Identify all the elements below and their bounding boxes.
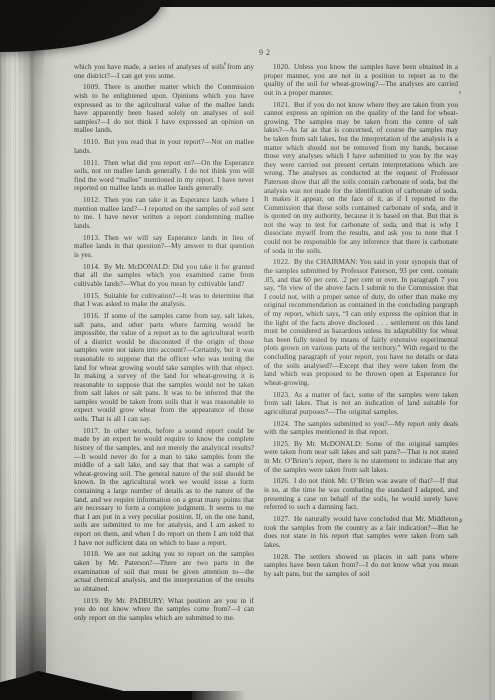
- transcript-paragraph: 1016. If some of the samples came from s…: [74, 312, 254, 424]
- transcript-paragraph: 1009. There is another matter which the …: [74, 83, 254, 135]
- question-number: 1017.: [83, 427, 104, 435]
- transcript-paragraph: 1012. Then you can take it as Esperance …: [74, 196, 254, 230]
- transcript-paragraph: 1023. As a matter of fact, some of the s…: [264, 391, 458, 417]
- question-number: 1016.: [83, 312, 104, 320]
- transcript-paragraph: 1013. Then we will say Esperance lands i…: [74, 234, 254, 260]
- scanned-book-page: 92 which you have made, a series of anal…: [0, 0, 495, 700]
- book-corner-shadow-top: [0, 0, 162, 52]
- page-body: which you have made, a series of analyse…: [74, 63, 458, 625]
- paper-speck: [224, 62, 226, 65]
- transcript-paragraph: 1011. Then what did you report on?—On th…: [74, 159, 254, 193]
- question-number: 1009.: [83, 83, 104, 91]
- transcript-paragraph: 1024. The samples submitted to you?—My r…: [264, 420, 458, 437]
- transcript-paragraph: 1017. In other words, before a sound rep…: [74, 427, 254, 547]
- question-number: 1018.: [83, 550, 104, 558]
- question-number: 1013.: [83, 234, 104, 242]
- transcript-paragraph: 1028. The settlers showed us places in s…: [264, 553, 458, 579]
- transcript-paragraph: 1019. By Mr. PADBURY: What position are …: [74, 597, 254, 623]
- question-number: 1028.: [273, 553, 294, 561]
- transcript-paragraph: 1010. But you read that in your report?—…: [74, 138, 254, 155]
- question-number: 1011.: [83, 159, 104, 167]
- ink-speck: #: [458, 517, 463, 525]
- question-number: 1023.: [273, 391, 294, 399]
- transcript-paragraph: 1027. He naturally would have concluded …: [264, 515, 458, 549]
- question-number: 1015.: [83, 292, 104, 300]
- paper-speck: [459, 91, 461, 94]
- left-column: which you have made, a series of analyse…: [74, 63, 254, 625]
- transcript-paragraph: 1020. Unless you know the samples have b…: [264, 63, 458, 97]
- transcript-paragraph: 1022. By the CHAIRMAN: You said in your …: [264, 258, 458, 387]
- transcript-paragraph: 1021. But if you do not know where they …: [264, 101, 458, 256]
- question-number: 1012.: [83, 196, 104, 204]
- question-number: 1025.: [273, 440, 294, 448]
- transcript-paragraph: 1014. By Mr. McDONALD: Did you take it f…: [74, 263, 254, 289]
- question-number: 1010.: [83, 138, 104, 146]
- transcript-paragraph: 1026. I do not think Mr. O’Brien was awa…: [264, 477, 458, 511]
- transcript-paragraph: which you have made, a series of analyse…: [74, 63, 254, 80]
- question-number: 1019.: [83, 597, 104, 605]
- question-number: 1020.: [273, 63, 294, 71]
- question-number: 1026.: [273, 477, 294, 485]
- transcript-paragraph: 1015. Suitable for cultivation?—It was t…: [74, 292, 254, 309]
- question-number: 1014.: [83, 263, 104, 271]
- page-right-edge: [489, 55, 491, 700]
- question-number: 1021.: [273, 101, 294, 109]
- question-number: 1027.: [273, 515, 294, 523]
- question-number: 1024.: [273, 420, 294, 428]
- transcript-paragraph: 1025. By Mr. McDONALD: Some of the origi…: [264, 440, 458, 474]
- right-column: 1020. Unless you know the samples have b…: [264, 63, 458, 625]
- question-number: 1022.: [273, 258, 294, 266]
- scanner-bottom-edge-fade: [186, 691, 246, 700]
- transcript-paragraph: 1018. We are not asking you to report on…: [74, 550, 254, 593]
- page-number: 92: [74, 48, 458, 57]
